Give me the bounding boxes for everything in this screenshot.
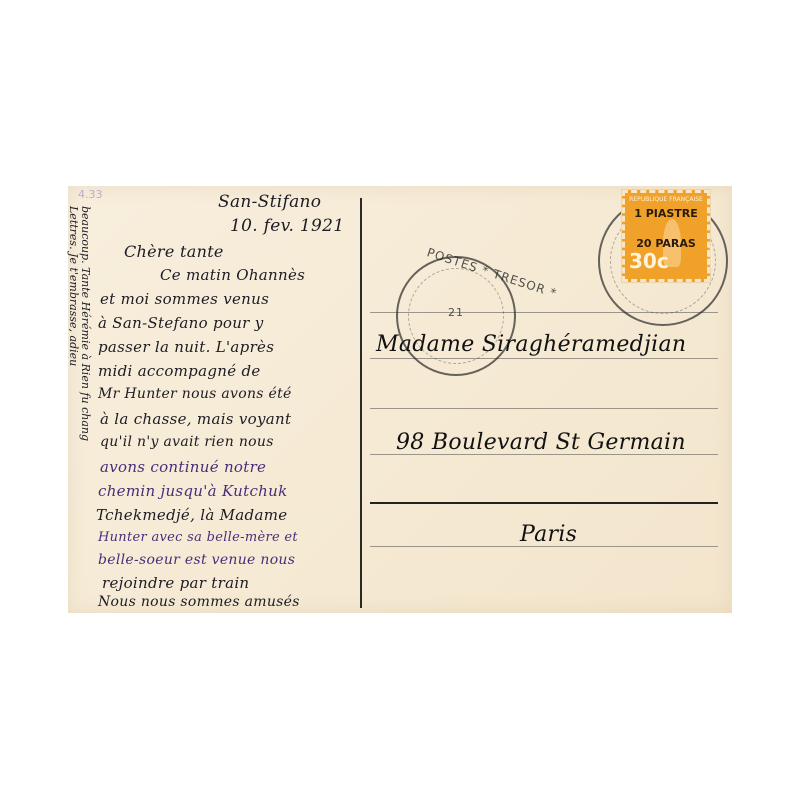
message-line: qu'il n'y avait rien nous	[100, 434, 274, 450]
address-recipient: Madame Siraghéramedjian	[376, 332, 686, 357]
postmark-tresor: POSTES * TRESOR * 21	[396, 256, 516, 376]
postcard-back: 4.33 beaucoup. Tante Hérémie à Rien fu c…	[68, 186, 732, 613]
stamp-value: 30c	[629, 249, 669, 273]
margin-note-line-2: Lettres. Je t'embrasse, adieu	[67, 206, 80, 366]
address-city: Paris	[520, 522, 577, 547]
card-divider	[360, 198, 362, 608]
address-rule	[370, 408, 718, 409]
margin-note-line-1: beaucoup. Tante Hérémie à Rien fu chang	[79, 206, 92, 441]
message-line: rejoindre par train	[102, 574, 249, 592]
stamp-header: REPUBLIQUE FRANÇAISE	[625, 196, 707, 203]
message-line: passer la nuit. L'après	[98, 338, 274, 356]
message-line: à la chasse, mais voyant	[100, 410, 291, 428]
address-rule	[370, 502, 718, 504]
message-line: Hunter avec sa belle-mère et	[98, 530, 298, 545]
message-line: et moi sommes venus	[100, 290, 269, 308]
address-street: 98 Boulevard St Germain	[396, 430, 686, 455]
message-line: chemin jusqu'à Kutchuk	[98, 482, 287, 500]
stamp-side-label: POSTES	[705, 246, 712, 269]
message-line: Ce matin Ohannès	[160, 266, 305, 284]
message-date: 10. fev. 1921	[230, 216, 344, 236]
postmark-date: 21	[448, 306, 464, 319]
message-line: à San-Stefano pour y	[98, 314, 264, 332]
message-place: San-Stifano	[218, 192, 321, 212]
message-line: Tchekmedjé, là Madame	[96, 506, 287, 524]
postage-stamp: REPUBLIQUE FRANÇAISE 1 PIASTRE 20 PARAS …	[622, 190, 710, 282]
message-line: midi accompagné de	[98, 362, 261, 380]
stamp-overprint-piastre: 1 PIASTRE	[625, 207, 707, 220]
message-greeting: Chère tante	[124, 242, 224, 261]
message-line: Mr Hunter nous avons été	[98, 386, 292, 402]
message-line: Nous nous sommes amusés	[98, 594, 300, 610]
archive-number: 4.33	[78, 188, 103, 201]
message-line: belle-soeur est venue nous	[98, 552, 295, 568]
message-line: avons continué notre	[100, 458, 266, 476]
